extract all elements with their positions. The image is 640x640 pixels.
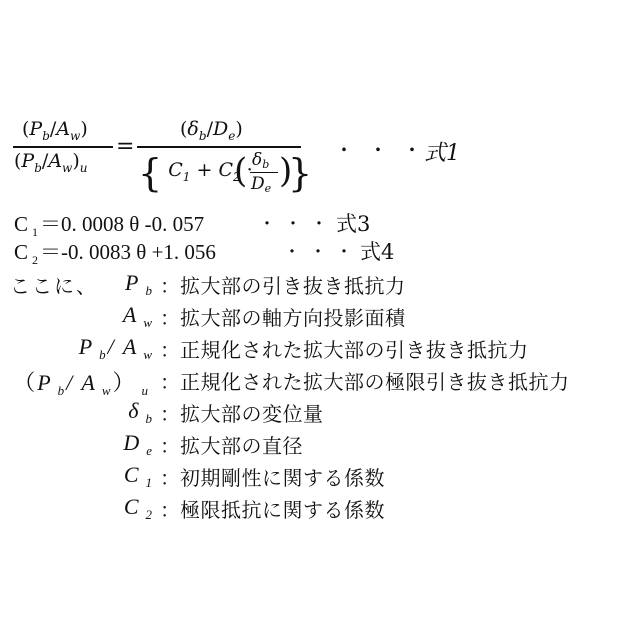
- symbol: P: [37, 370, 52, 395]
- brace-close: }: [288, 151, 312, 195]
- paren-open: （: [13, 370, 37, 395]
- definition-description: 正規化された拡大部の引き抜き抵抗力: [180, 334, 529, 363]
- definition-symbol: （Pb/ Aw）u: [13, 366, 150, 397]
- lhs-denominator: (Pb/Aw)u: [14, 150, 87, 172]
- definition-symbol: δb: [128, 398, 154, 424]
- coef-name: C: [14, 212, 28, 236]
- subscript: w: [143, 315, 154, 330]
- symbol-d: D: [251, 174, 265, 194]
- subscript: b: [262, 158, 269, 171]
- definition-description: 拡大部の直径: [180, 430, 303, 459]
- subscript: u: [80, 161, 88, 175]
- paren-close: ): [72, 150, 79, 172]
- subscript: w: [62, 161, 72, 175]
- definition-description: 拡大部の軸方向投影面積: [180, 302, 406, 331]
- colon: ：: [160, 462, 180, 491]
- subscript: b: [146, 411, 155, 426]
- colon: ：: [160, 270, 180, 299]
- definitions-lead: ここに、: [10, 270, 98, 299]
- colon: ：: [160, 430, 180, 459]
- definition-row: De ： 拡大部の直径: [0, 430, 640, 460]
- colon: ：: [160, 398, 180, 427]
- definition-symbol: Pb/ Aw: [79, 334, 154, 360]
- inner-numerator: δb: [252, 150, 269, 170]
- subscript: b: [34, 161, 42, 175]
- coef-c1-dots: ・・・: [258, 210, 336, 236]
- definition-description: 拡大部の変位量: [180, 398, 324, 427]
- symbol-d: D: [213, 118, 228, 140]
- paren-close: ）: [112, 370, 136, 395]
- subscript: e: [228, 129, 235, 143]
- symbol-c2: C: [218, 159, 233, 181]
- subscript: b: [99, 347, 108, 362]
- definition-row: C1 ： 初期剛性に関する係数: [0, 462, 640, 492]
- coefficient-c1-line: C1＝0. 0008 θ -0. 057: [14, 208, 204, 238]
- definition-description: 初期剛性に関する係数: [180, 462, 385, 491]
- coefficient-c2-line: C2＝-0. 0083 θ +1. 056: [14, 236, 216, 266]
- symbol-c1: C: [168, 159, 183, 181]
- definition-symbol: C2: [124, 494, 154, 520]
- symbol: / A: [66, 370, 97, 395]
- coef-expression: ＝0. 0008 θ -0. 057: [40, 212, 204, 236]
- rhs-fraction-bar: [137, 146, 301, 148]
- brace-close-wrap: }: [288, 150, 312, 188]
- symbol: D: [123, 430, 141, 455]
- symbol: C: [124, 462, 141, 487]
- inner-paren-open: (: [234, 152, 247, 186]
- coef-subscript: 2: [32, 253, 38, 267]
- symbol: / A: [108, 334, 139, 359]
- definition-row: δb ： 拡大部の変位量: [0, 398, 640, 428]
- coef-c2-label: 式4: [360, 236, 394, 266]
- subscript: b: [58, 383, 67, 398]
- definition-symbol: Aw: [123, 302, 154, 328]
- plus-sign: +: [196, 159, 212, 181]
- definition-description: 極限抵抗に関する係数: [180, 494, 385, 523]
- subscript: w: [102, 383, 113, 398]
- definition-row: Aw ： 拡大部の軸方向投影面積: [0, 302, 640, 332]
- definition-row: Pb/ Aw ： 正規化された拡大部の引き抜き抵抗力: [0, 334, 640, 364]
- lhs-fraction-bar: [13, 146, 113, 148]
- symbol: P: [125, 270, 140, 295]
- definition-row: ここに、 Pb ： 拡大部の引き抜き抵抗力: [0, 270, 640, 300]
- paren-close: ): [235, 118, 242, 140]
- paren-open: (: [234, 151, 247, 191]
- subscript: 2: [146, 507, 155, 522]
- symbol-p: P: [29, 118, 42, 140]
- subscript: e: [265, 182, 272, 195]
- definition-description: 正規化された拡大部の極限引き抜き抵抗力: [180, 366, 570, 395]
- definition-row: C2 ： 極限抵抗に関する係数: [0, 494, 640, 524]
- colon: ：: [160, 334, 180, 363]
- equation-label: 式1: [424, 136, 460, 167]
- definition-description: 拡大部の引き抜き抵抗力: [180, 270, 406, 299]
- equation-dots: ・・・: [334, 134, 436, 163]
- lhs-numerator: (Pb/Aw): [22, 118, 88, 140]
- symbol-delta: δ: [252, 150, 262, 170]
- colon: ：: [160, 494, 180, 523]
- subscript: u: [142, 383, 151, 398]
- colon: ：: [160, 366, 180, 395]
- inner-fraction-bar: [250, 172, 278, 173]
- symbol: C: [124, 494, 141, 519]
- inner-denominator: De: [251, 174, 271, 194]
- subscript: e: [146, 443, 154, 458]
- subscript: b: [199, 129, 207, 143]
- symbol: δ: [128, 398, 140, 423]
- definition-symbol: C1: [124, 462, 154, 488]
- definition-symbol: Pb: [125, 270, 154, 296]
- coef-c1-label: 式3: [336, 208, 370, 238]
- coef-name: C: [14, 240, 28, 264]
- rhs-numerator: (δb/De): [180, 118, 243, 140]
- subscript: b: [42, 129, 50, 143]
- equals-sign: =: [116, 134, 134, 159]
- colon: ：: [160, 302, 180, 331]
- subscript: w: [70, 129, 80, 143]
- subscript: b: [146, 283, 155, 298]
- subscript: 1: [146, 475, 155, 490]
- subscript: w: [143, 347, 154, 362]
- brace-open: {: [138, 151, 162, 195]
- definition-row: （Pb/ Aw）u ： 正規化された拡大部の極限引き抜き抵抗力: [0, 366, 640, 396]
- coef-c2-dots: ・・・: [283, 238, 361, 264]
- symbol: P: [79, 334, 94, 359]
- paren-close: ): [80, 118, 87, 140]
- symbol-p: P: [21, 150, 34, 172]
- symbol-delta: δ: [187, 118, 198, 140]
- subscript: 1: [183, 170, 191, 184]
- coef-expression: ＝-0. 0083 θ +1. 056: [40, 240, 216, 264]
- definition-symbol: De: [123, 430, 154, 456]
- symbol: A: [123, 302, 138, 327]
- symbol-a: A: [48, 150, 62, 172]
- symbol-a: A: [56, 118, 70, 140]
